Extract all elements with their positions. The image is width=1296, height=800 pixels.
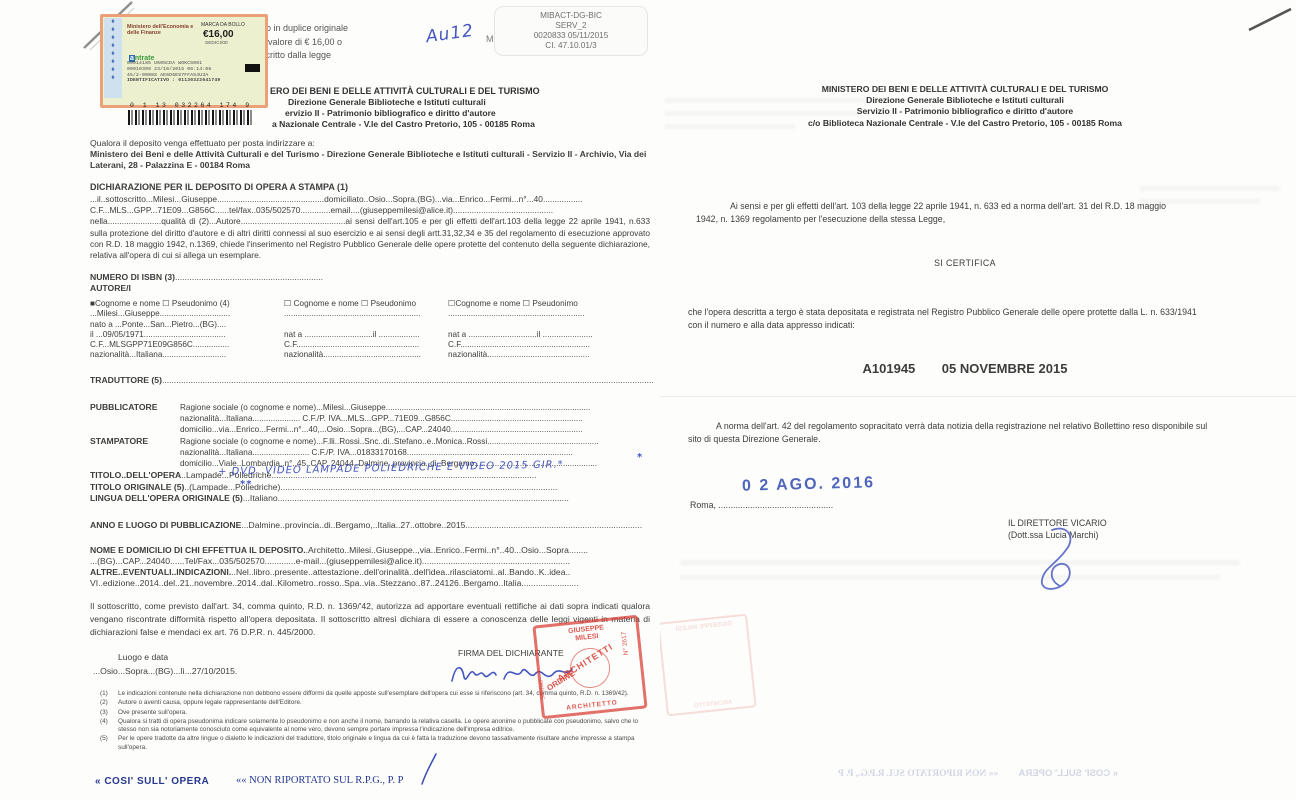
protocol-line: 0020833 05/11/2015 xyxy=(495,31,647,41)
scanned-document: ⬧⬧⬧⬧⬧⬧⬧⬧ Ministero dell'Economia e delle… xyxy=(0,0,1296,800)
author1-birthdate: il ...09/05/1971........................… xyxy=(90,330,230,340)
isbn-label: NUMERO DI ISBN (3) xyxy=(90,272,175,282)
altre-row1: ALTRE..EVENTUALI..INDICAZIONI...Nel..lib… xyxy=(90,567,570,577)
author3-name: ........................................… xyxy=(448,309,593,319)
titolo-originale-label: TITOLO ORIGINALE (5) xyxy=(90,482,184,492)
lingua-label: LINGUA DELL'OPERA ORIGINALE (5) xyxy=(90,493,243,503)
depositor-row2: ...(BG)...CAP...24040......Tel/Fax...035… xyxy=(90,556,570,566)
certification-paragraph: che l'opera descritta a tergo è stata de… xyxy=(688,306,1208,332)
redaction-mark xyxy=(245,64,260,72)
footnote-item: (4)Qualora si tratti di opera pseudonima… xyxy=(100,718,650,735)
stamp-codes: 00014185 U605CDA WOKCS001 00010399 23/10… xyxy=(127,61,220,84)
altre-label: ALTRE..EVENTUALI..INDICAZIONI. xyxy=(90,567,231,577)
isbn-row: NUMERO DI ISBN (3)......................… xyxy=(90,272,323,282)
author2-name: ........................................… xyxy=(284,309,421,319)
barcode-icon xyxy=(128,110,252,125)
ministry-header-line: a Nazionale Centrale - V.le del Castro P… xyxy=(272,119,535,129)
protocol-line: MIBACT-DG-BIC xyxy=(495,11,647,21)
registration-date: 05 NOVEMBRE 2015 xyxy=(942,361,1068,376)
si-certifica: SI CERTIFICA xyxy=(705,258,1225,268)
architect-stamp-number: N° 2617 xyxy=(621,631,630,655)
bottom-annotation-2: «« NON RIPORTATO SUL R.P.G., P. P xyxy=(236,775,403,786)
author3-birth: nat a ..............................il .… xyxy=(448,330,593,340)
footnote-item: (5)Per le opere tradotte da altre lingue… xyxy=(100,735,650,752)
lingua-row: LINGUA DELL'OPERA ORIGINALE (5)...Italia… xyxy=(90,493,569,503)
bleed-through xyxy=(680,560,1240,565)
barcode-digits: 0 1 13 032264 174 9 xyxy=(130,102,252,109)
marca-da-bollo-stamp: ⬧⬧⬧⬧⬧⬧⬧⬧ Ministero dell'Economia e delle… xyxy=(100,14,268,108)
luogo-data-value: ...Osio...Sopra...(BG)...lì...27/10/2015… xyxy=(93,666,237,676)
ministry-header-line: Servizio II - Patrimonio bibliografico e… xyxy=(705,106,1225,117)
note-line: escritto dalla legge xyxy=(256,49,348,63)
author1-name: ...Milesi...Giuseppe....................… xyxy=(90,309,230,319)
bleed-through-stamp: GIUSEPPE MILESI ARCHITETTO xyxy=(660,614,757,717)
director-signature xyxy=(1018,522,1102,596)
bleed-annotation-1: « COSI' SULL' OPERA xyxy=(1019,768,1118,779)
traduttore-label: TRADUTTORE (5) xyxy=(90,375,162,385)
ministry-header-line: Direzione Generale Biblioteche e Istitut… xyxy=(288,97,486,107)
ministry-header-line: c/o Biblioteca Nazionale Centrale - V.le… xyxy=(705,118,1225,129)
anno-label: ANNO E LUOGO DI PUBBLICAZIONE xyxy=(90,520,241,530)
ministry-header-line: ervizio II - Patrimonio bibliografico e … xyxy=(285,108,496,118)
footnote-number: (4) xyxy=(100,718,118,735)
ministry-header-line: MINISTERO DEI BENI E DELLE ATTIVITÀ CULT… xyxy=(705,84,1225,95)
pubblicatore-lines: Ragione sociale (o cognome e nome)...Mil… xyxy=(180,402,590,435)
bleed-stamp-name: GIUSEPPE MILESI xyxy=(674,620,734,633)
roma-line: Roma, ..................................… xyxy=(690,500,833,510)
author2-nationality: nazionalità.............................… xyxy=(284,350,421,360)
author1-checkbox-row: ■Cognome e nome ☐ Pseudonimo (4) xyxy=(90,299,230,309)
stamp-value: €16,00 xyxy=(203,29,234,40)
ministry-header-line: ERO DEI BENI E DELLE ATTIVITÀ CULTURALI … xyxy=(270,86,540,96)
footnote-number: (1) xyxy=(100,690,118,698)
luogo-data-label: Luogo e data xyxy=(118,652,168,662)
legal-paragraph: Ai sensi e per gli effetti dell'art. 103… xyxy=(696,200,1171,226)
bleed-through xyxy=(1140,186,1280,191)
date-stamp: 0 2 AGO. 2016 xyxy=(742,474,875,495)
page-left: ⬧⬧⬧⬧⬧⬧⬧⬧ Ministero dell'Economia e delle… xyxy=(88,0,653,800)
author3-cf: C.F.....................................… xyxy=(448,340,593,350)
footnote-text: Per le opere tradotte da altre lingue o … xyxy=(118,735,646,752)
stamp-code-row: 00010399 23/10/2015 06:14:06 xyxy=(127,67,220,73)
m-mark: M xyxy=(486,34,494,44)
declaration-title: DICHIARAZIONE PER IL DEPOSITO DI OPERA A… xyxy=(90,182,348,192)
bleed-through-annotation: « COSI' SULL' OPERA «« NON RIPORTATO SUL… xyxy=(838,768,1118,779)
publisher-address: domicilio...via...Enrico...Fermi...n°...… xyxy=(180,424,590,435)
depositor-line1: .Architetto..Milesi..Giuseppe..,via..Enr… xyxy=(306,545,588,555)
author3-checkbox-row: ☐Cognome e nome ☐ Pseudonimo xyxy=(448,299,593,309)
ministry-header-right: MINISTERO DEI BENI E DELLE ATTIVITÀ CULT… xyxy=(705,84,1225,129)
bleed-annotation-2: «« NON RIPORTATO SUL R.P.G., P. P xyxy=(838,769,998,779)
traduttore-dots: ........................................… xyxy=(162,375,653,385)
author-column-1: ■Cognome e nome ☐ Pseudonimo (4) ...Mile… xyxy=(90,299,230,361)
author1-nationality: nazionalità...Italiana..................… xyxy=(90,350,230,360)
author-column-2: ☐ Cognome e nome ☐ Pseudonimo ..........… xyxy=(284,299,421,361)
isbn-dots: ........................................… xyxy=(175,272,323,282)
titolo-originale-row: TITOLO ORIGINALE (5)..(Lampade...Poliedr… xyxy=(90,482,557,492)
depositor-row1: NOME E DOMICILIO DI CHI EFFETTUA IL DEPO… xyxy=(90,545,588,555)
anno-value: ...Dalmine..provincia..di..Bergamo,..Ita… xyxy=(241,520,642,530)
handwritten-double-star: ** xyxy=(240,479,252,490)
autori-label: AUTORE/I xyxy=(90,283,131,293)
footnote-number: (5) xyxy=(100,735,118,752)
bleed-stamp-title: ARCHITETTO xyxy=(672,697,754,712)
protocol-stamp-box: MIBACT-DG-BIC SERV_2 0020833 05/11/2015 … xyxy=(494,6,648,56)
bollettino-paragraph: A norma dell'art. 42 del regolamento sop… xyxy=(688,420,1213,446)
handwritten-mark: Au12 xyxy=(425,21,475,47)
titolo-label: TITOLO..DELL'OPERA xyxy=(90,470,181,480)
traduttore-row: TRADUTTORE (5)..........................… xyxy=(90,375,653,385)
stamp-issuer: Ministero dell'Economia e delle Finanze xyxy=(127,24,199,36)
handwritten-star: * xyxy=(637,452,643,463)
duplicate-original-note: atto in duplice originale r il valore di… xyxy=(256,22,348,63)
pen-stroke xyxy=(418,752,440,786)
bottom-annotation-1: « COSI' SULL' OPERA xyxy=(95,776,209,787)
author2-checkbox-row: ☐ Cognome e nome ☐ Pseudonimo xyxy=(284,299,421,309)
ministry-header-line: Direzione Generale Biblioteche e Istitut… xyxy=(705,95,1225,106)
note-line: r il valore di € 16,00 o xyxy=(256,36,348,50)
registration-number: A101945 xyxy=(863,361,916,376)
architect-stamp-side: ORDINE xyxy=(537,680,545,700)
altre-line1: ..Nel..libro..presente..attestazione..de… xyxy=(231,567,570,577)
stampatore-label: STAMPATORE xyxy=(90,436,148,446)
publisher-name: Ragione sociale (o cognome e nome)...Mil… xyxy=(180,402,590,413)
architect-stamp: GIUSEPPE MILESI ARCHITETTI ORDINE N° 261… xyxy=(532,615,647,720)
author1-birthplace: nato a ...Ponte...San...Pietro...(BG)...… xyxy=(90,320,230,330)
depositor-label: NOME E DOMICILIO DI CHI EFFETTUA IL DEPO… xyxy=(90,545,306,555)
author2-birth: nat a ..............................il .… xyxy=(284,330,421,340)
author-column-3: ☐Cognome e nome ☐ Pseudonimo ...........… xyxy=(448,299,593,361)
altre-row2: VI..edizione..2014..del..21..novembre..2… xyxy=(90,578,579,588)
author1-cf: C.F...MLSGPP71E09G856C................ xyxy=(90,340,230,350)
footnote-number: (3) xyxy=(100,709,118,717)
printer-nationality-cf: nazionalità...Italiana..................… xyxy=(180,447,599,458)
registration-line: A101945 05 NOVEMBRE 2015 xyxy=(705,360,1225,378)
lingua-value: ...Italiano.............................… xyxy=(243,493,569,503)
stamp-identificativo: IDENTIFICATIVO : 01130322641749 xyxy=(127,78,220,84)
pubblicatore-label: PUBBLICATORE xyxy=(90,402,157,412)
postal-address: Ministero dei Beni e delle Attività Cult… xyxy=(90,149,648,171)
author2-cf: C.F.....................................… xyxy=(284,340,421,350)
protocol-line: SERV_2 xyxy=(495,21,647,31)
postal-intro: Qualora il deposito venga effettuato per… xyxy=(90,138,315,148)
publisher-nationality-cf: nazionalità...Italiana..................… xyxy=(180,413,590,424)
printer-name: Ragione sociale (o cognome e nome)...F.l… xyxy=(180,436,599,447)
author3-nationality: nazionalità.............................… xyxy=(448,350,593,360)
declaration-body: ...il..sottoscritto...Milesi...Giuseppe.… xyxy=(90,194,650,261)
stamp-value-words: SEDICI/00 xyxy=(205,41,228,46)
footnote-text: Qualora si tratti di opera pseudonima in… xyxy=(118,718,646,735)
bleed-through xyxy=(680,575,1220,580)
hologram-strip-icon: ⬧⬧⬧⬧⬧⬧⬧⬧ xyxy=(104,18,122,98)
page-right: GIUSEPPE MILESI ARCHITETTO « COSI' SULL'… xyxy=(660,0,1296,800)
note-line: atto in duplice originale xyxy=(256,22,348,36)
protocol-line: CI. 47.10.01/3 xyxy=(495,41,647,51)
stamp-kind: MARCA DA BOLLO xyxy=(201,22,245,28)
footnote-number: (2) xyxy=(100,699,118,707)
anno-row: ANNO E LUOGO DI PUBBLICAZIONE...Dalmine.… xyxy=(90,520,642,530)
